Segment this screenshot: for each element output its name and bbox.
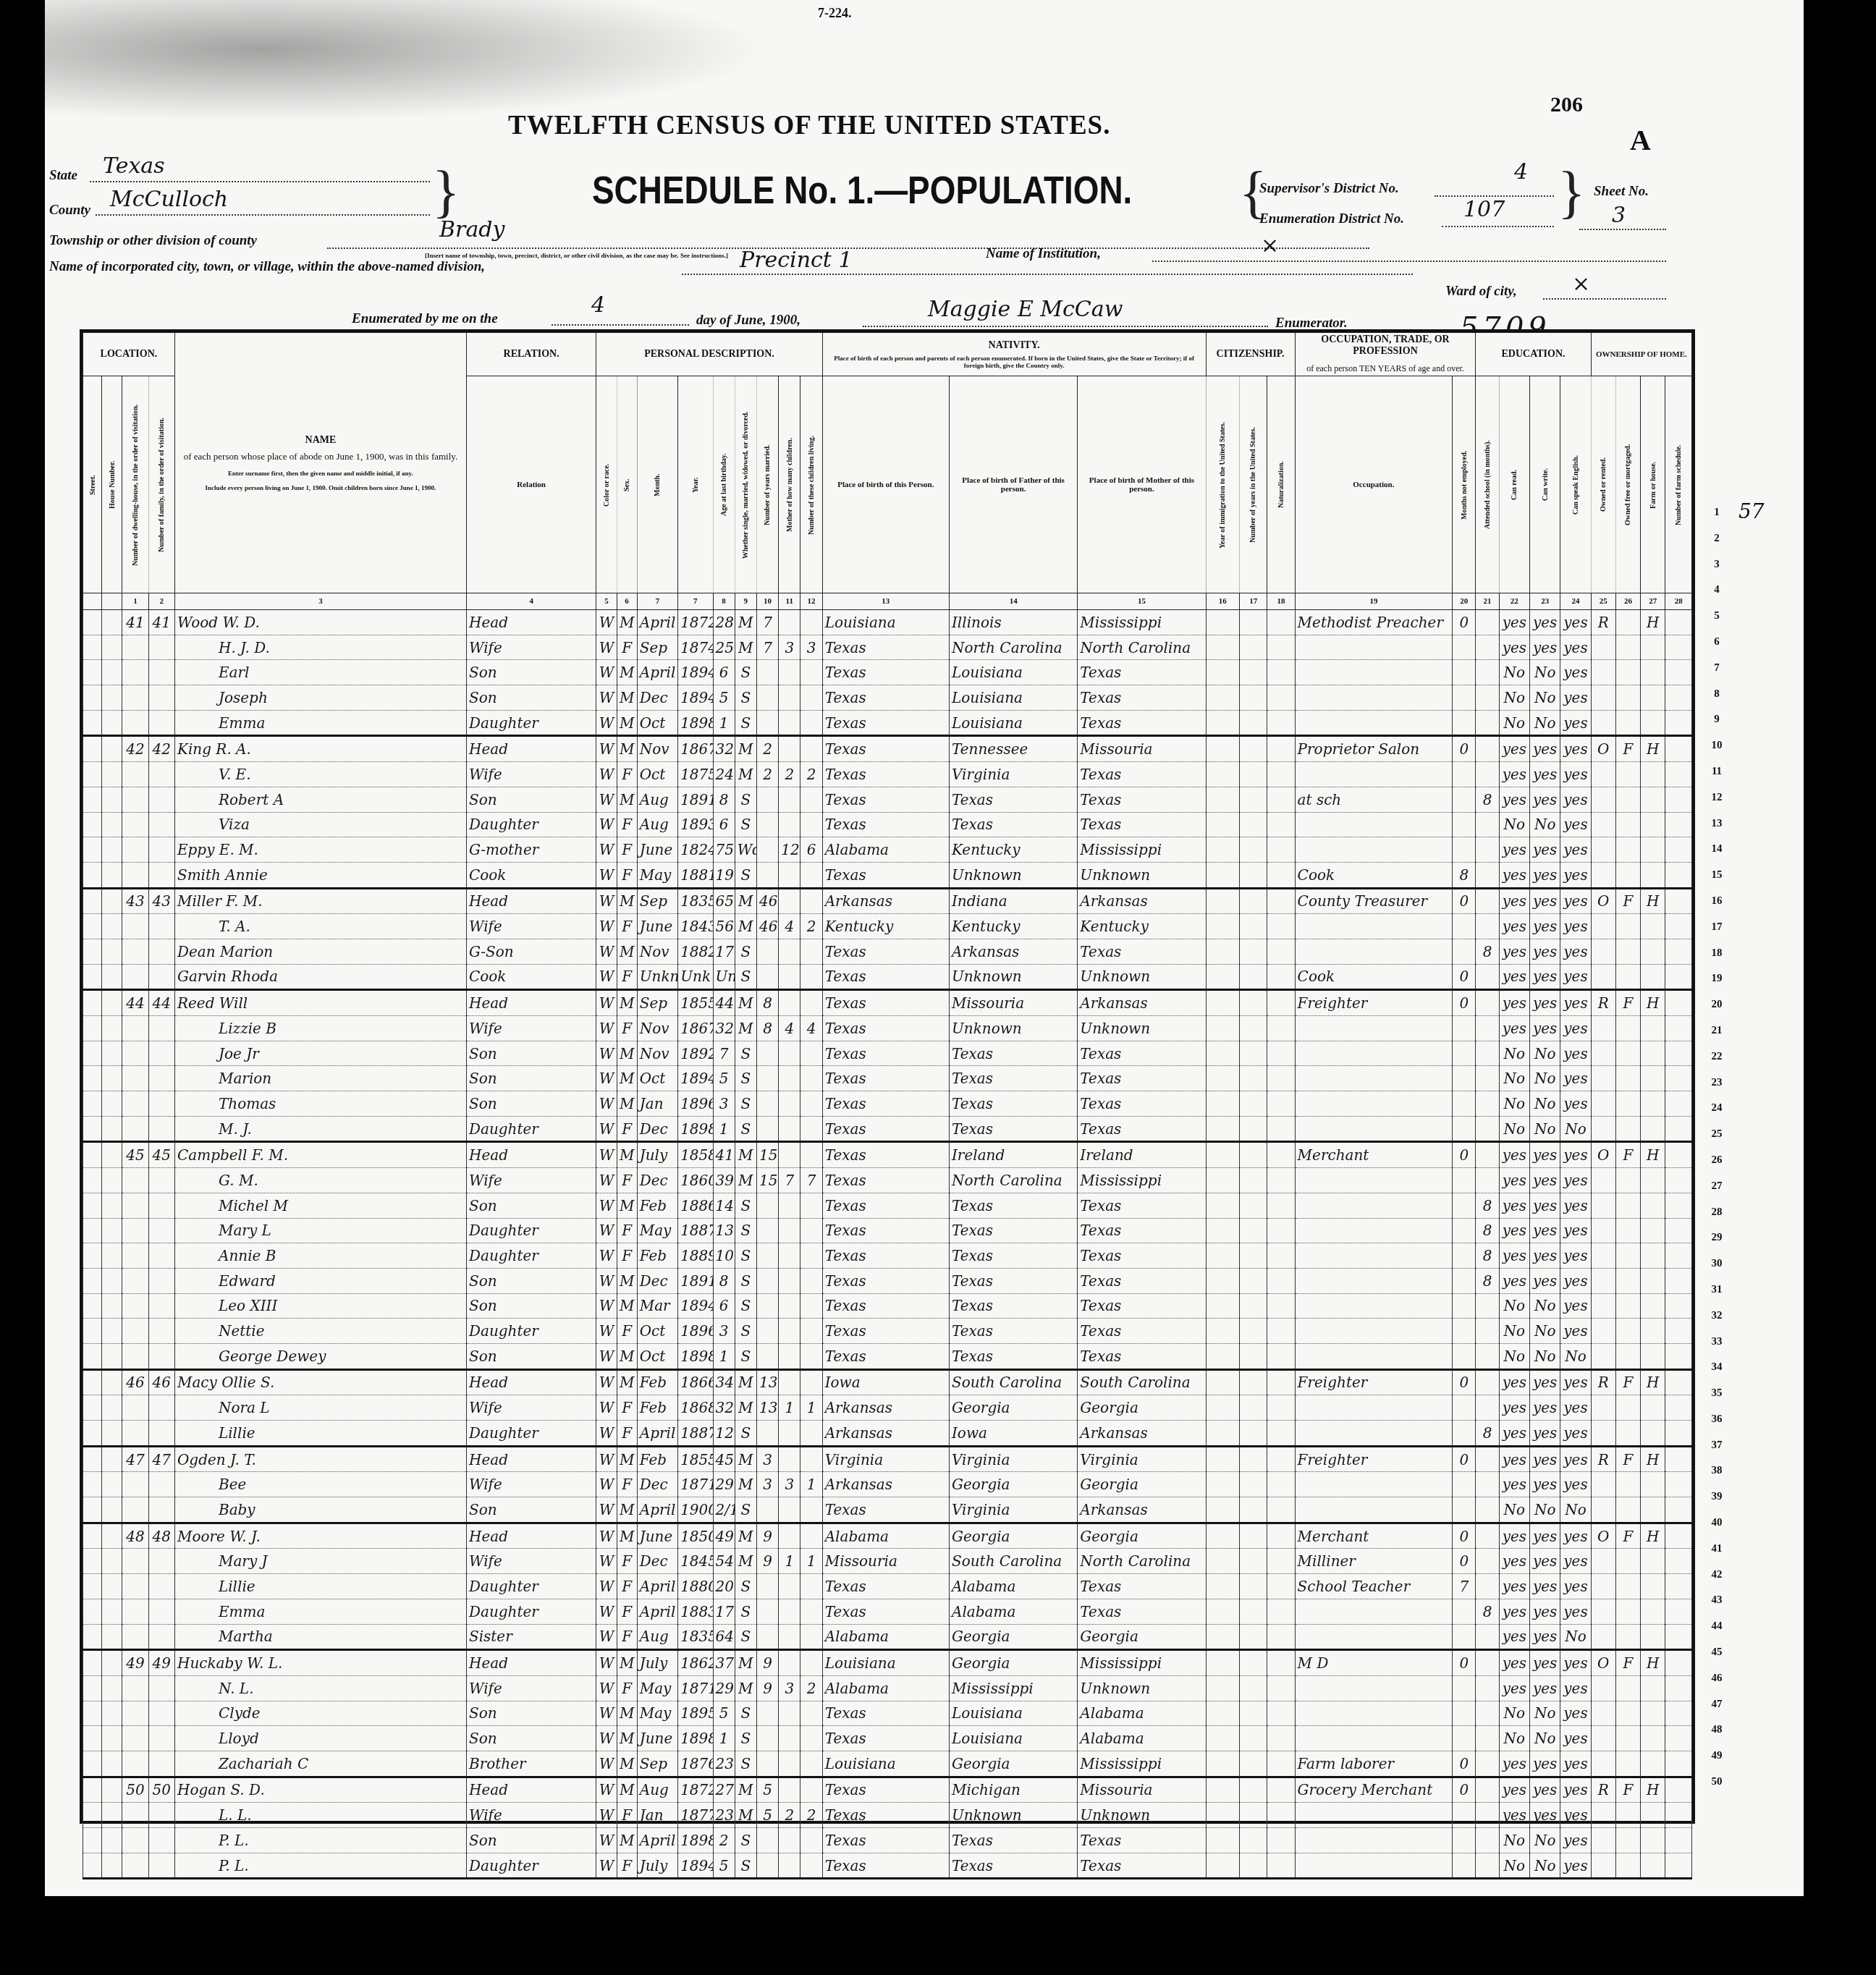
years-in-us-cell [1239,1369,1267,1395]
mother-birthplace-cell: Alabama [1078,1726,1206,1751]
mother-of-cell [779,862,800,888]
name-include-note: Include every person living on June 1, 1… [177,484,465,491]
census-row: Robert ASonWMAug18918STexasTexasTexasat … [83,787,1692,812]
line-number: 2 [1702,533,1731,559]
name-description: of each person whose place of abode on J… [177,451,465,462]
age-cell: 37 [713,1650,735,1676]
line-number: 35 [1702,1387,1731,1413]
birthplace-cell: Texas [822,635,949,660]
free-mortgaged-cell [1615,862,1640,888]
can-read-cell: yes [1499,1243,1529,1269]
column-label: Months not employed. [1453,376,1476,593]
name-instruction: Enter surname first, then the given name… [177,470,465,477]
birth-month-cell: Dec [637,1549,677,1574]
years-married-cell: 2 [756,762,778,787]
relation-cell: Wife [466,635,596,660]
years-married-cell: 5 [756,1803,778,1828]
line-number: 32 [1702,1310,1731,1336]
color-cell: W [596,1650,617,1676]
dwelling-number-cell [122,1319,148,1344]
mother-birthplace-cell: Texas [1078,1041,1206,1066]
farm-schedule-cell [1665,1574,1692,1599]
age-cell: 44 [713,990,735,1016]
months-unemployed-cell: 0 [1453,990,1476,1016]
color-cell: W [596,862,617,888]
family-number-cell [148,964,174,990]
relation-cell: Wife [466,762,596,787]
birthplace-cell: Texas [822,710,949,736]
family-number-cell [148,1116,174,1142]
months-unemployed-cell [1453,1599,1476,1624]
years-in-us-cell [1239,1726,1267,1751]
birthplace-cell: Texas [822,939,949,964]
relation-cell: Head [466,1369,596,1395]
marital-status-cell: S [735,1319,756,1344]
can-read-cell: yes [1499,1777,1529,1803]
can-write-cell: yes [1530,1218,1560,1243]
dwelling-number-cell [122,1343,148,1369]
school-months-cell [1476,1446,1499,1472]
naturalization-cell [1267,964,1295,990]
marital-status-cell: M [735,990,756,1016]
birthplace-cell: Texas [822,1343,949,1369]
farm-schedule-cell [1665,1066,1692,1091]
mother-of-cell [779,1523,800,1549]
immigration-year-cell [1206,1395,1239,1421]
marital-status-cell: S [735,1193,756,1218]
birthplace-cell: Alabama [822,1675,949,1701]
line-number: 42 [1702,1569,1731,1595]
naturalization-cell [1267,1168,1295,1193]
relation-cell: Daughter [466,1853,596,1879]
can-write-cell: yes [1530,1650,1560,1676]
owned-rented-cell [1591,1701,1615,1726]
person-name-cell: Smith Annie [174,862,466,888]
speaks-english-cell: yes [1560,1650,1591,1676]
mother-of-cell [779,1091,800,1117]
marital-status-cell: S [735,1218,756,1243]
relation-cell: Head [466,1777,596,1803]
color-cell: W [596,1497,617,1523]
birth-year-cell: 1862 [678,1650,713,1676]
mother-of-cell [779,610,800,635]
family-number-cell [148,1853,174,1879]
farm-house-cell: H [1641,1777,1665,1803]
dwelling-number-cell [122,787,148,812]
marital-status-cell: S [735,1243,756,1269]
birthplace-cell: Arkansas [822,1395,949,1421]
can-write-cell: No [1530,1853,1560,1879]
free-mortgaged-cell [1615,1726,1640,1751]
census-row: 4747Ogden J. T.HeadWMFeb185545M3Virginia… [83,1446,1692,1472]
sex-cell: M [617,1193,637,1218]
mother-birthplace-cell: Georgia [1078,1624,1206,1650]
speaks-english-cell: yes [1560,1395,1591,1421]
line-number: 29 [1702,1232,1731,1258]
mother-of-cell [779,1828,800,1853]
mother-of-cell [779,1116,800,1142]
line-number: 3 [1702,559,1731,585]
district-brace-right: } [1558,164,1585,221]
sex-cell: M [617,1091,637,1117]
speaks-english-cell: yes [1560,610,1591,635]
occupation-cell: Methodist Preacher [1295,610,1453,635]
immigration-year-cell [1206,1091,1239,1117]
schedule-title: SCHEDULE No. 1.—POPULATION. [592,168,1132,213]
speaks-english-cell: yes [1560,1853,1591,1879]
house-number-cell [102,1091,122,1117]
dwelling-number-cell [122,1016,148,1041]
relation-cell: Wife [466,1549,596,1574]
naturalization-cell [1267,1853,1295,1879]
birth-month-cell: July [637,1853,677,1879]
line-number: 34 [1702,1361,1731,1387]
street-cell [83,888,102,914]
years-married-cell [756,1574,778,1599]
can-write-cell: yes [1530,1549,1560,1574]
column-label: Place of birth of Mother of this person. [1078,376,1206,593]
sex-cell: F [617,1016,637,1041]
naturalization-cell [1267,888,1295,914]
dwelling-number-cell [122,1599,148,1624]
birth-month-cell: Oct [637,762,677,787]
line-number: 13 [1702,818,1731,844]
farm-house-cell [1641,1268,1665,1293]
farm-schedule-cell [1665,914,1692,939]
color-cell: W [596,1193,617,1218]
sheet-underline [1579,229,1666,230]
column-number: 21 [1476,593,1499,610]
person-name-cell: Baby [174,1497,466,1523]
children-living-cell: 2 [800,762,822,787]
birth-year-cell: 1850 [678,1523,713,1549]
birthplace-cell: Texas [822,736,949,762]
mother-birthplace-cell: Georgia [1078,1472,1206,1497]
occupation-cell: Freighter [1295,990,1453,1016]
birth-year-cell: 1887 [678,1218,713,1243]
years-in-us-cell [1239,939,1267,964]
owned-rented-cell [1591,1041,1615,1066]
farm-house-cell [1641,635,1665,660]
can-read-cell: yes [1499,1624,1529,1650]
column-number: 9 [735,593,756,610]
house-number-cell [102,1369,122,1395]
dwelling-number-cell [122,939,148,964]
farm-schedule-cell [1665,812,1692,837]
years-in-us-cell [1239,1421,1267,1447]
children-living-cell [800,939,822,964]
sex-cell: F [617,1395,637,1421]
years-married-cell [756,1497,778,1523]
can-write-cell: No [1530,812,1560,837]
farm-schedule-cell [1665,1751,1692,1777]
column-label: House Number. [102,376,122,593]
house-number-cell [102,660,122,685]
relation-cell: Son [466,1091,596,1117]
family-number-cell [148,939,174,964]
age-cell: 32 [713,1395,735,1421]
school-months-cell [1476,1116,1499,1142]
mother-of-cell [779,1853,800,1879]
immigration-year-cell [1206,1853,1239,1879]
person-name-cell: Hogan S. D. [174,1777,466,1803]
father-birthplace-cell: North Carolina [949,635,1077,660]
school-months-cell [1476,660,1499,685]
line-number: 45 [1702,1646,1731,1672]
mother-of-cell [779,1777,800,1803]
can-write-cell: yes [1530,1803,1560,1828]
months-unemployed-cell [1453,1091,1476,1117]
family-number-cell [148,1268,174,1293]
farm-schedule-cell [1665,1016,1692,1041]
school-months-cell: 8 [1476,1218,1499,1243]
person-name-cell: L. L. [174,1803,466,1828]
line-number: 28 [1702,1206,1731,1232]
birth-month-cell: Dec [637,1268,677,1293]
can-read-cell: yes [1499,787,1529,812]
can-read-cell: No [1499,660,1529,685]
age-cell: 5 [713,1701,735,1726]
mother-of-cell: 1 [779,1395,800,1421]
street-cell [83,1624,102,1650]
birthplace-cell: Arkansas [822,1472,949,1497]
birth-month-cell: Aug [637,787,677,812]
can-write-cell: yes [1530,990,1560,1016]
mother-birthplace-cell: Texas [1078,1828,1206,1853]
person-name-cell: Emma [174,710,466,736]
naturalization-cell [1267,1016,1295,1041]
school-months-cell [1476,862,1499,888]
years-in-us-cell [1239,1268,1267,1293]
occupation-cell: Merchant [1295,1142,1453,1168]
farm-house-cell: H [1641,1523,1665,1549]
column-label: Number of family, in the order of visita… [148,376,174,593]
color-cell: W [596,1446,617,1472]
farm-house-cell [1641,1193,1665,1218]
occupation-cell [1295,914,1453,939]
column-label: Month. [637,376,677,593]
can-read-cell: No [1499,1116,1529,1142]
dwelling-number-cell: 50 [122,1777,148,1803]
birth-month-cell: Oct [637,1319,677,1344]
speaks-english-cell: yes [1560,1726,1591,1751]
owned-rented-cell [1591,837,1615,863]
occupation-cell: School Teacher [1295,1574,1453,1599]
family-number-cell: 43 [148,888,174,914]
county-label: County [49,203,90,219]
column-number: 27 [1641,593,1665,610]
farm-schedule-cell [1665,1828,1692,1853]
marital-status-cell: M [735,610,756,635]
dwelling-number-cell [122,1675,148,1701]
years-married-cell [756,1193,778,1218]
school-months-cell [1476,1549,1499,1574]
farm-house-cell [1641,1574,1665,1599]
father-birthplace-cell: Indiana [949,888,1077,914]
dwelling-number-cell [122,1803,148,1828]
column-number [102,593,122,610]
sex-cell: F [617,1574,637,1599]
institution-value: × [1261,233,1279,258]
state-underline [90,181,430,182]
can-read-cell: No [1499,1293,1529,1319]
mother-birthplace-cell: Texas [1078,660,1206,685]
house-number-cell [102,1168,122,1193]
children-living-cell: 1 [800,1472,822,1497]
street-cell [83,710,102,736]
mother-of-cell: 2 [779,762,800,787]
birth-month-cell: Mar [637,1293,677,1319]
census-row: 5050Hogan S. D.HeadWMAug187227M5TexasMic… [83,1777,1692,1803]
children-living-cell [800,1421,822,1447]
sex-cell: M [617,1497,637,1523]
speaks-english-cell: yes [1560,1421,1591,1447]
can-read-cell: yes [1499,1268,1529,1293]
age-cell: 6 [713,660,735,685]
house-number-cell [102,635,122,660]
street-cell [83,787,102,812]
occupation-cell: Milliner [1295,1549,1453,1574]
father-birthplace-cell: Arkansas [949,939,1077,964]
can-write-cell: yes [1530,1142,1560,1168]
occupation-cell [1295,1472,1453,1497]
sex-cell: F [617,837,637,863]
months-unemployed-cell: 0 [1453,1369,1476,1395]
birth-year-cell: 1891 [678,1268,713,1293]
house-number-cell [102,1268,122,1293]
farm-house-cell [1641,1395,1665,1421]
birthplace-cell: Alabama [822,837,949,863]
dwelling-number-cell [122,964,148,990]
age-cell: 3 [713,1091,735,1117]
months-unemployed-cell [1453,1853,1476,1879]
birth-year-cell: 1824 [678,837,713,863]
sex-cell: F [617,1218,637,1243]
sex-cell: F [617,1421,637,1447]
farm-schedule-cell [1665,1369,1692,1395]
color-cell: W [596,1142,617,1168]
street-cell [83,1777,102,1803]
age-cell: 27 [713,1777,735,1803]
relation-cell: Daughter [466,1243,596,1269]
birthplace-cell: Arkansas [822,888,949,914]
children-living-cell: 4 [800,1016,822,1041]
birth-month-cell: Sep [637,635,677,660]
person-name-cell: Viza [174,812,466,837]
mother-of-cell [779,1041,800,1066]
school-months-cell [1476,736,1499,762]
school-months-cell [1476,990,1499,1016]
age-cell: 6 [713,1293,735,1319]
father-birthplace-cell: Texas [949,1116,1077,1142]
occupation-cell [1295,837,1453,863]
can-read-cell: yes [1499,635,1529,660]
mother-birthplace-cell: Texas [1078,1193,1206,1218]
birthplace-cell: Texas [822,1116,949,1142]
birth-month-cell: Dec [637,685,677,711]
immigration-year-cell [1206,1066,1239,1091]
school-months-cell [1476,1624,1499,1650]
age-cell: 2/12 [713,1497,735,1523]
age-cell: 23 [713,1803,735,1828]
relation-cell: Daughter [466,1574,596,1599]
street-cell [83,1599,102,1624]
farm-house-cell [1641,787,1665,812]
speaks-english-cell: yes [1560,812,1591,837]
marital-status-cell: M [735,1168,756,1193]
marital-status-cell: S [735,939,756,964]
children-living-cell [800,1293,822,1319]
owned-rented-cell: O [1591,1650,1615,1676]
can-write-cell: yes [1530,635,1560,660]
age-cell: 1 [713,1343,735,1369]
family-number-cell [148,660,174,685]
birthplace-cell: Texas [822,1319,949,1344]
naturalization-cell [1267,736,1295,762]
color-cell: W [596,1751,617,1777]
months-unemployed-cell [1453,1243,1476,1269]
naturalization-cell [1267,685,1295,711]
census-row: L. L.WifeWFJan187723M522TexasUnknownUnkn… [83,1803,1692,1828]
months-unemployed-cell [1453,1293,1476,1319]
sex-cell: M [617,990,637,1016]
birth-year-cell: 1882 [678,939,713,964]
can-read-cell: yes [1499,1016,1529,1041]
house-number-cell [102,1193,122,1218]
immigration-year-cell [1206,1343,1239,1369]
street-cell [83,1803,102,1828]
naturalization-cell [1267,1116,1295,1142]
marital-status-cell: S [735,1343,756,1369]
person-name-cell: Robert A [174,787,466,812]
line-number: 30 [1702,1258,1731,1284]
sex-cell: F [617,1116,637,1142]
age-cell: 64 [713,1624,735,1650]
months-unemployed-cell [1453,660,1476,685]
children-living-cell [800,1701,822,1726]
naturalization-cell [1267,1293,1295,1319]
mother-of-cell [779,787,800,812]
sex-cell: M [617,787,637,812]
farm-schedule-cell [1665,635,1692,660]
dwelling-number-cell: 43 [122,888,148,914]
months-unemployed-cell [1453,1193,1476,1218]
personal-description-header: PERSONAL DESCRIPTION. [596,333,822,376]
color-cell: W [596,1066,617,1091]
street-cell [83,1828,102,1853]
speaks-english-cell: No [1560,1497,1591,1523]
father-birthplace-cell: Texas [949,1066,1077,1091]
owned-rented-cell [1591,635,1615,660]
mother-birthplace-cell: Texas [1078,1574,1206,1599]
farm-house-cell [1641,1293,1665,1319]
birth-year-cell: 1886 [678,1193,713,1218]
sex-cell: F [617,1472,637,1497]
occupation-cell [1295,1701,1453,1726]
birth-month-cell: April [637,660,677,685]
birth-month-cell: June [637,837,677,863]
house-number-cell [102,787,122,812]
free-mortgaged-cell [1615,1803,1640,1828]
house-number-cell [102,888,122,914]
mother-of-cell [779,1624,800,1650]
birth-month-cell: Aug [637,1777,677,1803]
can-read-cell: yes [1499,762,1529,787]
birth-year-cell: Unk [678,964,713,990]
can-write-cell: No [1530,1828,1560,1853]
column-number: 26 [1615,593,1640,610]
owned-rented-cell: R [1591,1446,1615,1472]
